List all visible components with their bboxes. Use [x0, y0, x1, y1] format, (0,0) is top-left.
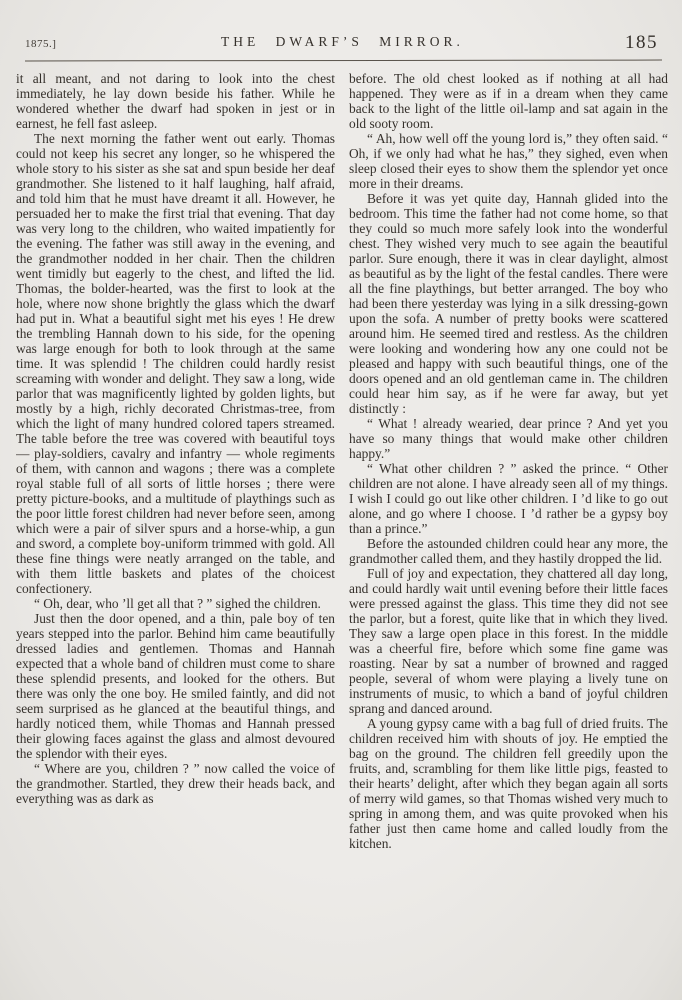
- paragraph: it all meant, and not daring to look int…: [16, 71, 335, 131]
- page-header: 1875.] THE DWARF’S MIRROR. 185: [25, 28, 660, 52]
- paragraph: A young gypsy came with a bag full of dr…: [349, 716, 668, 851]
- paragraph: “ Ah, how well off the young lord is,” t…: [349, 131, 668, 191]
- paragraph: Full of joy and expectation, they chatte…: [349, 566, 668, 716]
- paragraph: “ What other children ? ” asked the prin…: [349, 461, 668, 536]
- paragraph: Just then the door opened, and a thin, p…: [16, 611, 335, 761]
- paragraph: Before it was yet quite day, Hannah glid…: [349, 191, 668, 416]
- paragraph: The next morning the father went out ear…: [16, 131, 335, 596]
- paragraph: Before the astounded children could hear…: [349, 536, 668, 566]
- running-title: THE DWARF’S MIRROR.: [25, 34, 660, 50]
- left-column: it all meant, and not daring to look int…: [16, 71, 335, 1000]
- paragraph: “ Where are you, children ? ” now called…: [16, 761, 335, 806]
- paragraph: before. The old chest looked as if nothi…: [349, 71, 668, 131]
- right-column: before. The old chest looked as if nothi…: [349, 71, 668, 1000]
- book-page-scan: 1875.] THE DWARF’S MIRROR. 185 it all me…: [0, 0, 682, 1000]
- paragraph: “ What ! already wearied, dear prince ? …: [349, 416, 668, 461]
- page-number: 185: [625, 32, 658, 54]
- text-columns: it all meant, and not daring to look int…: [16, 71, 668, 1000]
- paragraph: “ Oh, dear, who ’ll get all that ? ” sig…: [16, 596, 335, 611]
- header-rule: [25, 60, 662, 62]
